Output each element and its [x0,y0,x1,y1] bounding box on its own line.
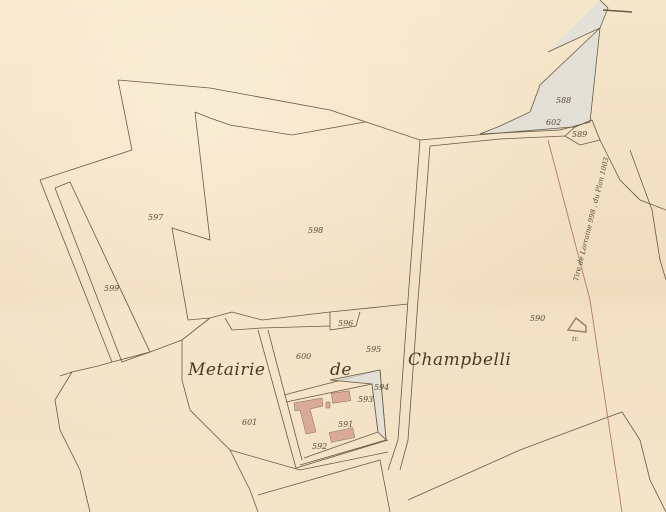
parcel-number: 600 [296,352,311,361]
parcel-number: 588 [556,96,571,105]
parcel-number: 592 [312,442,327,451]
building-l-shape [294,398,323,434]
parcel-number: 597 [148,213,163,222]
parcel-number: 591 [338,420,353,429]
meadow-parcel-588 [480,0,608,134]
cadastral-map: Metairie de Champbelli 588 589 590 591 5… [0,0,666,512]
parcel-number: 598 [308,226,323,235]
parcel-number: 594 [374,383,389,392]
place-name-word-3: Champbelli [408,350,511,370]
parcel-boundaries [0,0,666,512]
parcel-number: 595 [366,345,381,354]
parcel-number: 589 [572,130,587,139]
parcel-number: 601 [242,418,257,427]
parcel-number: 596 [338,319,353,328]
chapel-outline-icon [568,318,586,332]
building-annex [331,391,350,403]
parcel-number: 599 [104,284,119,293]
grey-triangle [330,370,386,440]
building-small [326,402,330,408]
place-name-word-2: de [330,360,352,380]
place-name-word-1: Metairie [188,360,266,380]
building-barn [329,428,355,443]
parcel-number: 593 [358,395,373,404]
parcel-number: 602 [546,118,561,127]
chapel-label: tr. [572,336,579,343]
parcel-number: 590 [530,314,545,323]
